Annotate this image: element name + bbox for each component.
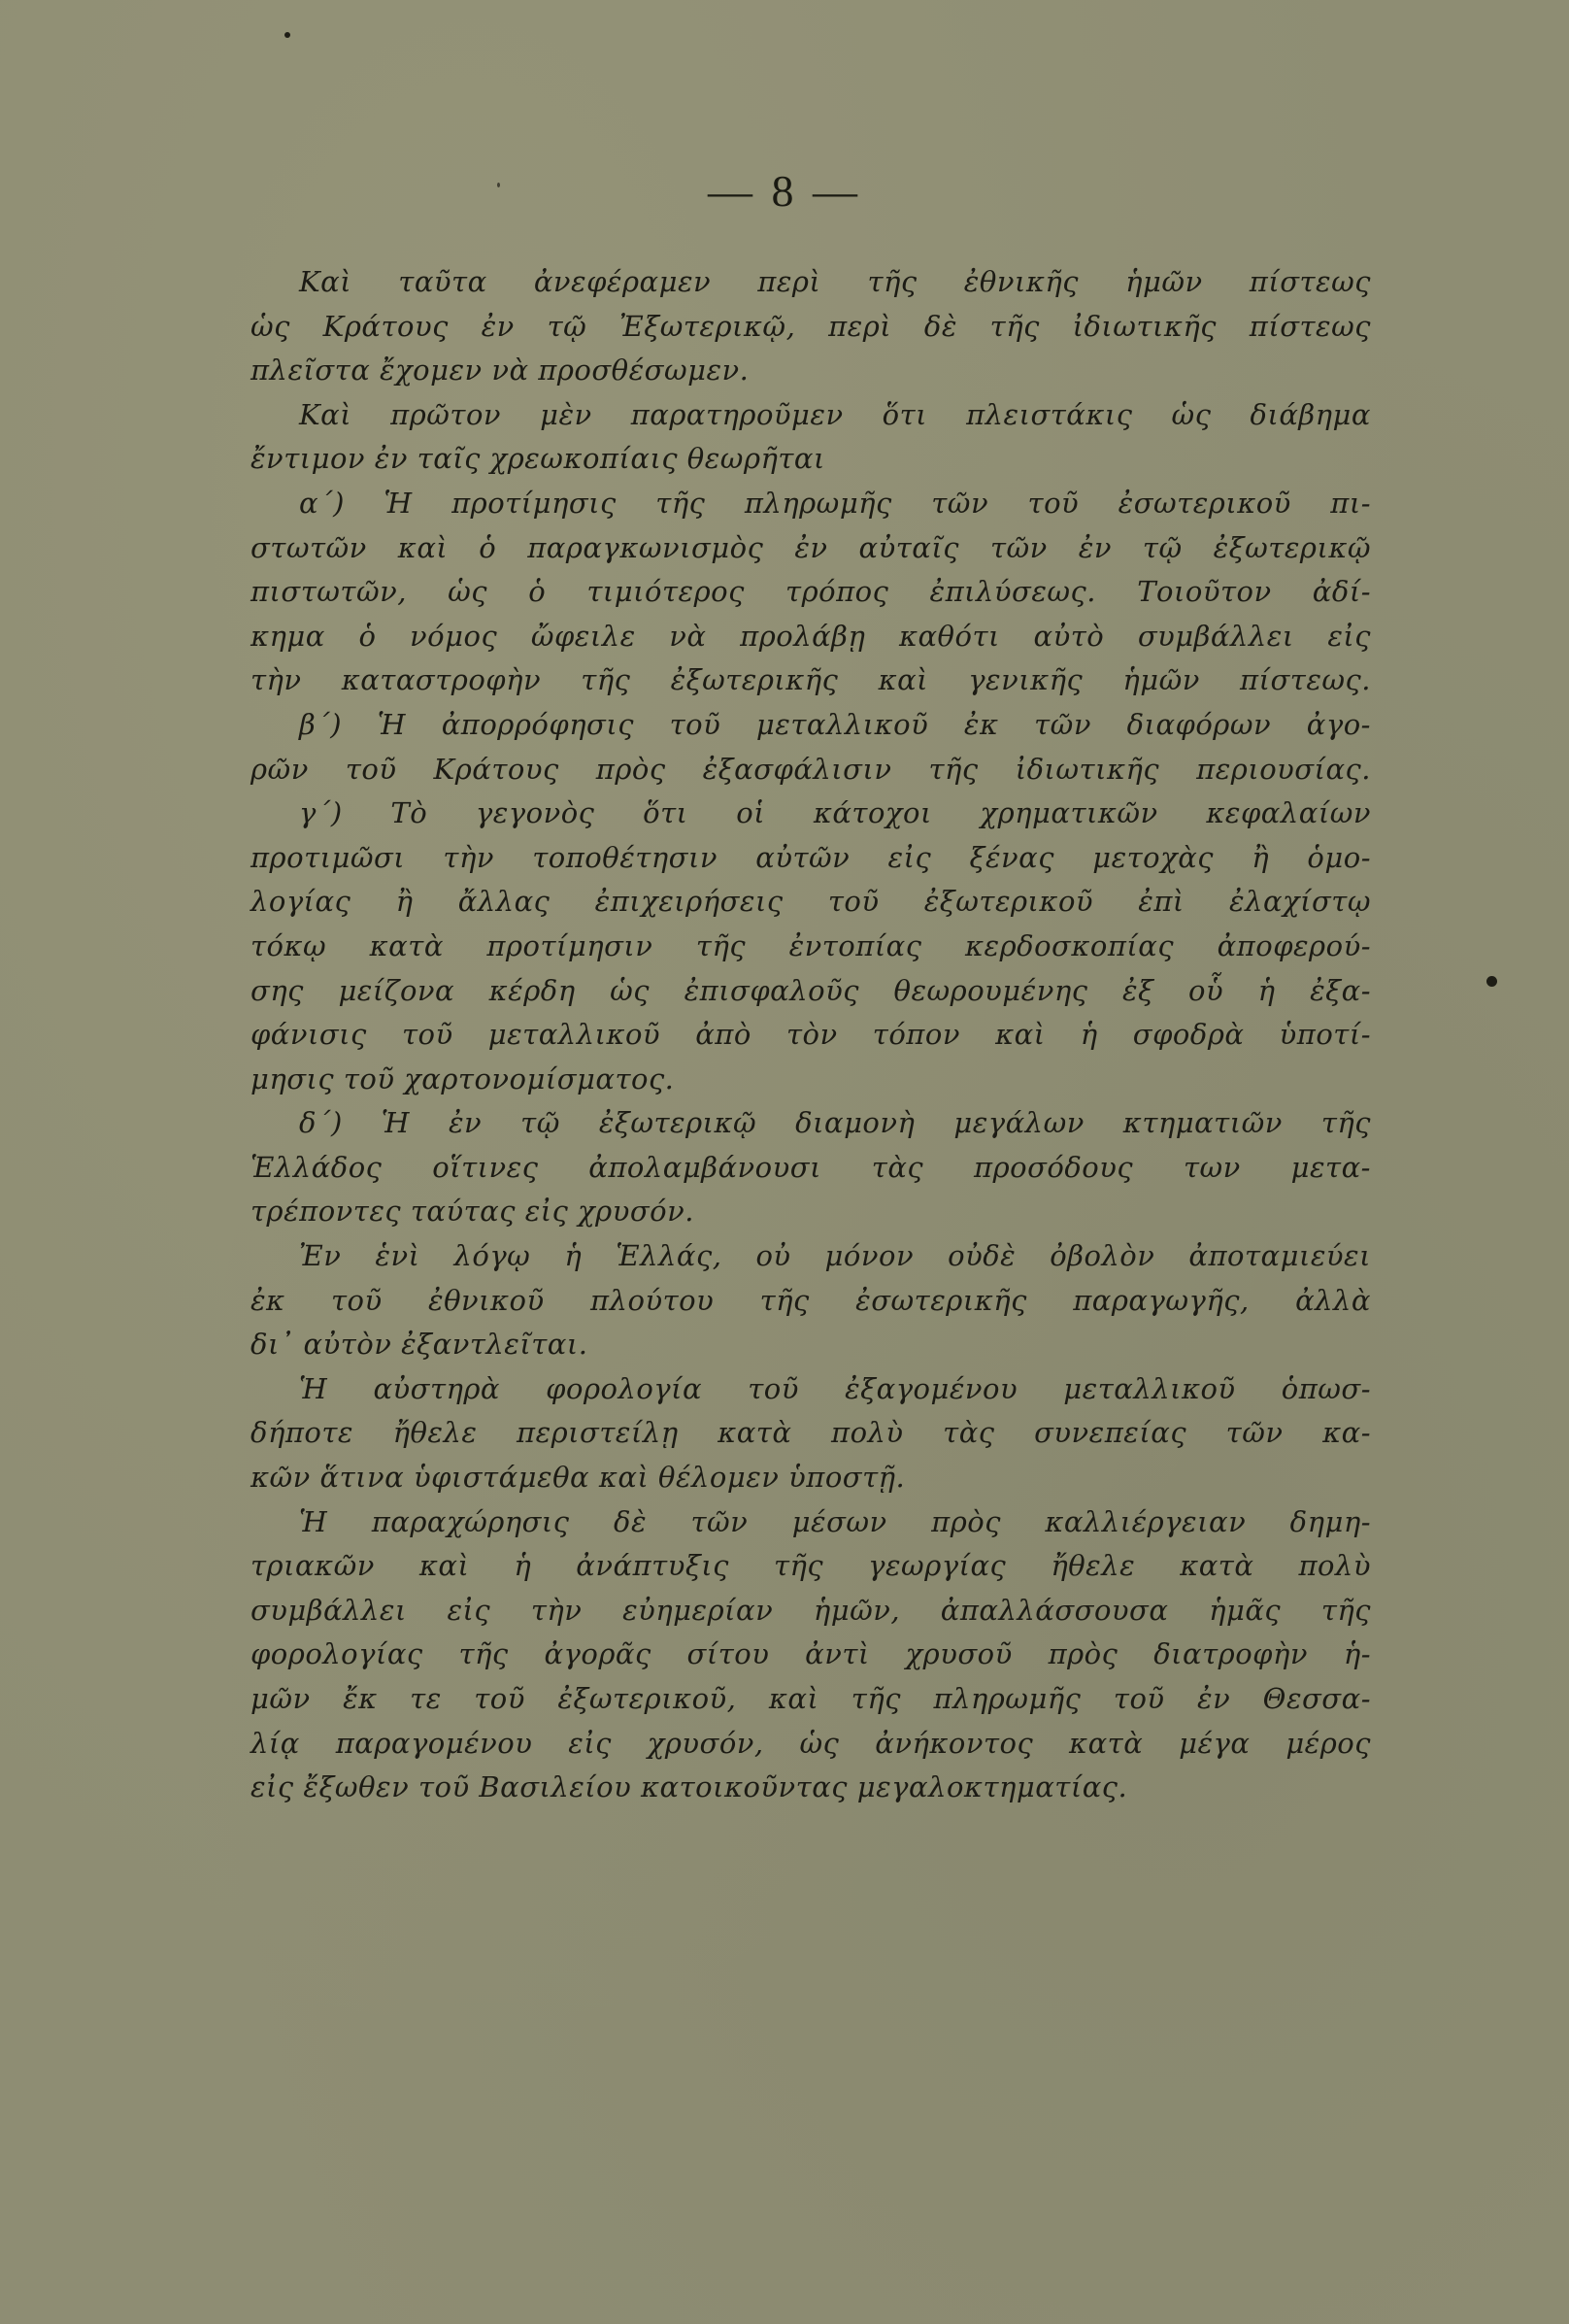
text-line: Ἡ αὐστηρὰ φορολογία τοῦ ἐξαγομένου μεταλ… — [250, 1367, 1371, 1412]
text-line: στωτῶν καὶ ὁ παραγκωνισμὸς ἐν αὐταῖς τῶν… — [250, 526, 1371, 571]
text-line: τόκῳ κατὰ προτίμησιν τῆς ἐντοπίας κερδοσ… — [250, 925, 1371, 969]
text-line: Καὶ πρῶτον μὲν παρατηροῦμεν ὅτι πλειστάκ… — [250, 393, 1371, 438]
text-line: ὡς Κράτους ἐν τῷ Ἐξωτερικῷ, περὶ δὲ τῆς … — [250, 305, 1371, 350]
scanned-page: — 8 — Καὶ ταῦτα ἀνεφέραμεν περὶ τῆς ἐθνι… — [0, 0, 1569, 2324]
paper-speck — [1486, 976, 1497, 987]
text-line: εἰς ἔξωθεν τοῦ Βασιλείου κατοικοῦντας με… — [250, 1766, 1371, 1810]
text-line: πιστωτῶν, ὡς ὁ τιμιότερος τρόπος ἐπιλύσε… — [250, 570, 1371, 615]
text-line: σης μείζονα κέρδη ὡς ἐπισφαλοῦς θεωρουμέ… — [250, 969, 1371, 1014]
text-line: τριακῶν καὶ ἡ ἀνάπτυξις τῆς γεωργίας ἤθε… — [250, 1544, 1371, 1589]
text-line: Ἑλλάδος οἵτινες ἀπολαμβάνουσι τὰς προσόδ… — [250, 1146, 1371, 1191]
text-line: δήποτε ἤθελε περιστείλῃ κατὰ πολὺ τὰς συ… — [250, 1411, 1371, 1456]
text-line: μησις τοῦ χαρτονομίσματος. — [250, 1058, 1371, 1102]
text-line: ρῶν τοῦ Κράτους πρὸς ἐξασφάλισιν τῆς ἰδι… — [250, 748, 1371, 792]
page-number: — 8 — — [0, 165, 1569, 217]
paper-speck — [497, 183, 500, 187]
text-line: φορολογίας τῆς ἀγορᾶς σίτου ἀντὶ χρυσοῦ … — [250, 1633, 1371, 1677]
text-line: λογίας ἢ ἄλλας ἐπιχειρήσεις τοῦ ἐξωτερικ… — [250, 880, 1371, 925]
text-line: ἐκ τοῦ ἐθνικοῦ πλούτου τῆς ἐσωτερικῆς πα… — [250, 1279, 1371, 1324]
text-line: λίᾳ παραγομένου εἰς χρυσόν, ὡς ἀνήκοντος… — [250, 1722, 1371, 1767]
body-text: Καὶ ταῦτα ἀνεφέραμεν περὶ τῆς ἐθνικῆς ἡμ… — [250, 260, 1371, 1810]
text-line: μῶν ἔκ τε τοῦ ἐξωτερικοῦ, καὶ τῆς πληρωμ… — [250, 1677, 1371, 1722]
list-item-alpha: α΄) Ἡ προτίμησις τῆς πληρωμῆς τῶν τοῦ ἐσ… — [250, 482, 1371, 526]
text-line: δι᾽ αὐτὸν ἐξαντλεῖται. — [250, 1323, 1371, 1367]
text-line: τὴν καταστροφὴν τῆς ἐξωτερικῆς καὶ γενικ… — [250, 658, 1371, 703]
text-line: συμβάλλει εἰς τὴν εὐημερίαν ἡμῶν, ἀπαλλά… — [250, 1589, 1371, 1634]
text-line: ἔντιμον ἐν ταῖς χρεωκοπίαις θεωρῆται — [250, 437, 1371, 482]
list-item-gamma: γ΄) Τὸ γεγονὸς ὅτι οἱ κάτοχοι χρηματικῶν… — [250, 792, 1371, 836]
text-line: κῶν ἅτινα ὑφιστάμεθα καὶ θέλομεν ὑποστῇ. — [250, 1456, 1371, 1500]
text-line: πλεῖστα ἔχομεν νὰ προσθέσωμεν. — [250, 349, 1371, 393]
text-line: τρέποντες ταύτας εἰς χρυσόν. — [250, 1190, 1371, 1234]
list-item-beta: β΄) Ἡ ἀπορρόφησις τοῦ μεταλλικοῦ ἐκ τῶν … — [250, 703, 1371, 748]
text-line: φάνισις τοῦ μεταλλικοῦ ἀπὸ τὸν τόπον καὶ… — [250, 1013, 1371, 1058]
text-line: Καὶ ταῦτα ἀνεφέραμεν περὶ τῆς ἐθνικῆς ἡμ… — [250, 260, 1371, 305]
text-line: κημα ὁ νόμος ὤφειλε νὰ προλάβῃ καθότι αὐ… — [250, 615, 1371, 659]
paper-speck — [284, 32, 290, 38]
text-line: προτιμῶσι τὴν τοποθέτησιν αὐτῶν εἰς ξένα… — [250, 836, 1371, 881]
text-line: Ἐν ἑνὶ λόγῳ ἡ Ἑλλάς, οὐ μόνον οὐδὲ ὀβολὸ… — [250, 1234, 1371, 1279]
text-line: Ἡ παραχώρησις δὲ τῶν μέσων πρὸς καλλιέργ… — [250, 1500, 1371, 1545]
list-item-delta: δ΄) Ἡ ἐν τῷ ἐξωτερικῷ διαμονὴ μεγάλων κτ… — [250, 1101, 1371, 1146]
